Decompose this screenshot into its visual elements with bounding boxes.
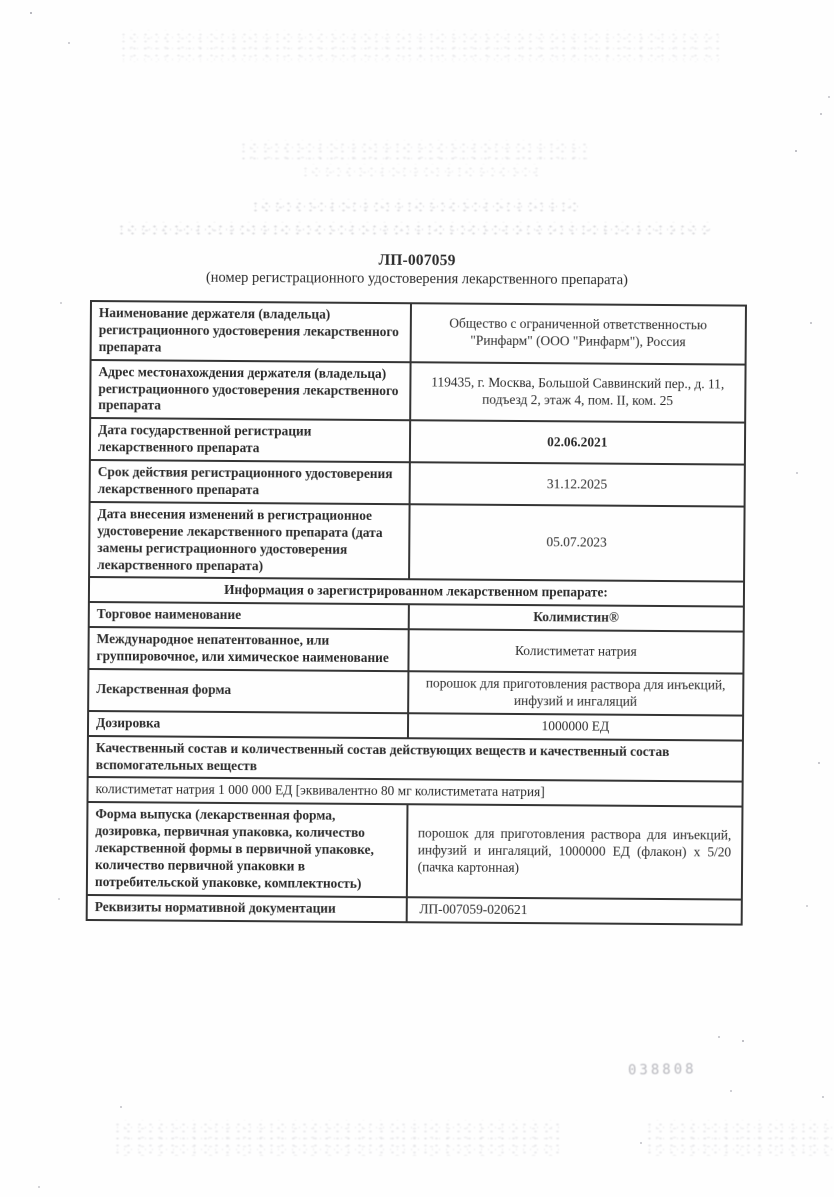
trade-name-value: Колимистин® — [408, 605, 744, 632]
holder-name-value: Общество с ограниченной ответственностью… — [410, 303, 746, 364]
faded-stamp-noise — [118, 30, 724, 62]
registration-data-table: Наименование держателя (владельца) регис… — [86, 300, 747, 925]
holder-name-label: Наименование держателя (владельца) регис… — [91, 301, 411, 362]
dosage-label: Дозировка — [88, 711, 408, 738]
faded-footer-noise — [644, 1120, 834, 1156]
row-validity-date: Срок действия регистрационного удостовер… — [90, 460, 745, 506]
holder-address-label: Адрес местонахождения держателя (владель… — [90, 360, 410, 421]
row-holder-address: Адрес местонахождения держателя (владель… — [90, 360, 745, 423]
faded-text-line — [116, 222, 714, 237]
dosage-form-label: Лекарственная форма — [88, 669, 408, 713]
amendment-date-label: Дата внесения изменений в регистрационно… — [89, 502, 409, 580]
registration-date-value: 02.06.2021 — [409, 421, 745, 465]
row-normative-docs: Реквизиты нормативной документации ЛП-00… — [87, 895, 742, 924]
faint-stamp-number: 038808 — [628, 1061, 697, 1078]
scanned-document-page: ЛП-007059 (номер регистрационного удосто… — [0, 0, 834, 1197]
validity-date-label: Срок действия регистрационного удостовер… — [90, 460, 410, 504]
normative-docs-value: ЛП-007059-020621 — [406, 897, 742, 924]
row-inn-name: Международное непатентованное, или групп… — [88, 627, 743, 673]
validity-date-value: 31.12.2025 — [409, 462, 745, 506]
row-dosage-form: Лекарственная форма порошок для приготов… — [88, 669, 743, 715]
row-registration-date: Дата государственной регистрации лекарст… — [90, 418, 745, 464]
faded-footer-noise — [112, 1120, 564, 1156]
scan-specks — [0, 0, 2, 2]
inn-name-label: Международное непатентованное, или групп… — [88, 627, 408, 671]
dosage-value: 1000000 ЕД — [408, 713, 744, 740]
row-composition-header: Качественный состав и количественный сос… — [88, 736, 743, 782]
normative-docs-label: Реквизиты нормативной документации — [87, 895, 407, 922]
document-header: ЛП-007059 (номер регистрационного удосто… — [0, 249, 834, 290]
row-amendment-date: Дата внесения изменений в регистрационно… — [89, 502, 745, 582]
holder-address-value: 119435, г. Москва, Большой Саввинский пе… — [410, 362, 746, 423]
row-release-form: Форма выпуска (лекарственная форма, дози… — [87, 802, 743, 899]
dosage-form-value: порошок для приготовления раствора для и… — [408, 671, 744, 715]
faded-stamp-noise — [300, 164, 540, 180]
registration-date-label: Дата государственной регистрации лекарст… — [90, 418, 410, 462]
release-form-value: порошок для приготовления раствора для и… — [406, 805, 742, 900]
composition-header-text: Качественный состав и количественный сос… — [88, 736, 743, 782]
inn-name-value: Колистиметат натрия — [408, 629, 744, 673]
row-holder-name: Наименование держателя (владельца) регис… — [91, 301, 746, 364]
amendment-date-value: 05.07.2023 — [409, 504, 745, 582]
release-form-label: Форма выпуска (лекарственная форма, дози… — [87, 802, 407, 897]
trade-name-label: Торговое наименование — [89, 602, 409, 629]
faded-stamp-noise — [238, 140, 590, 160]
faded-text-line — [250, 199, 584, 213]
